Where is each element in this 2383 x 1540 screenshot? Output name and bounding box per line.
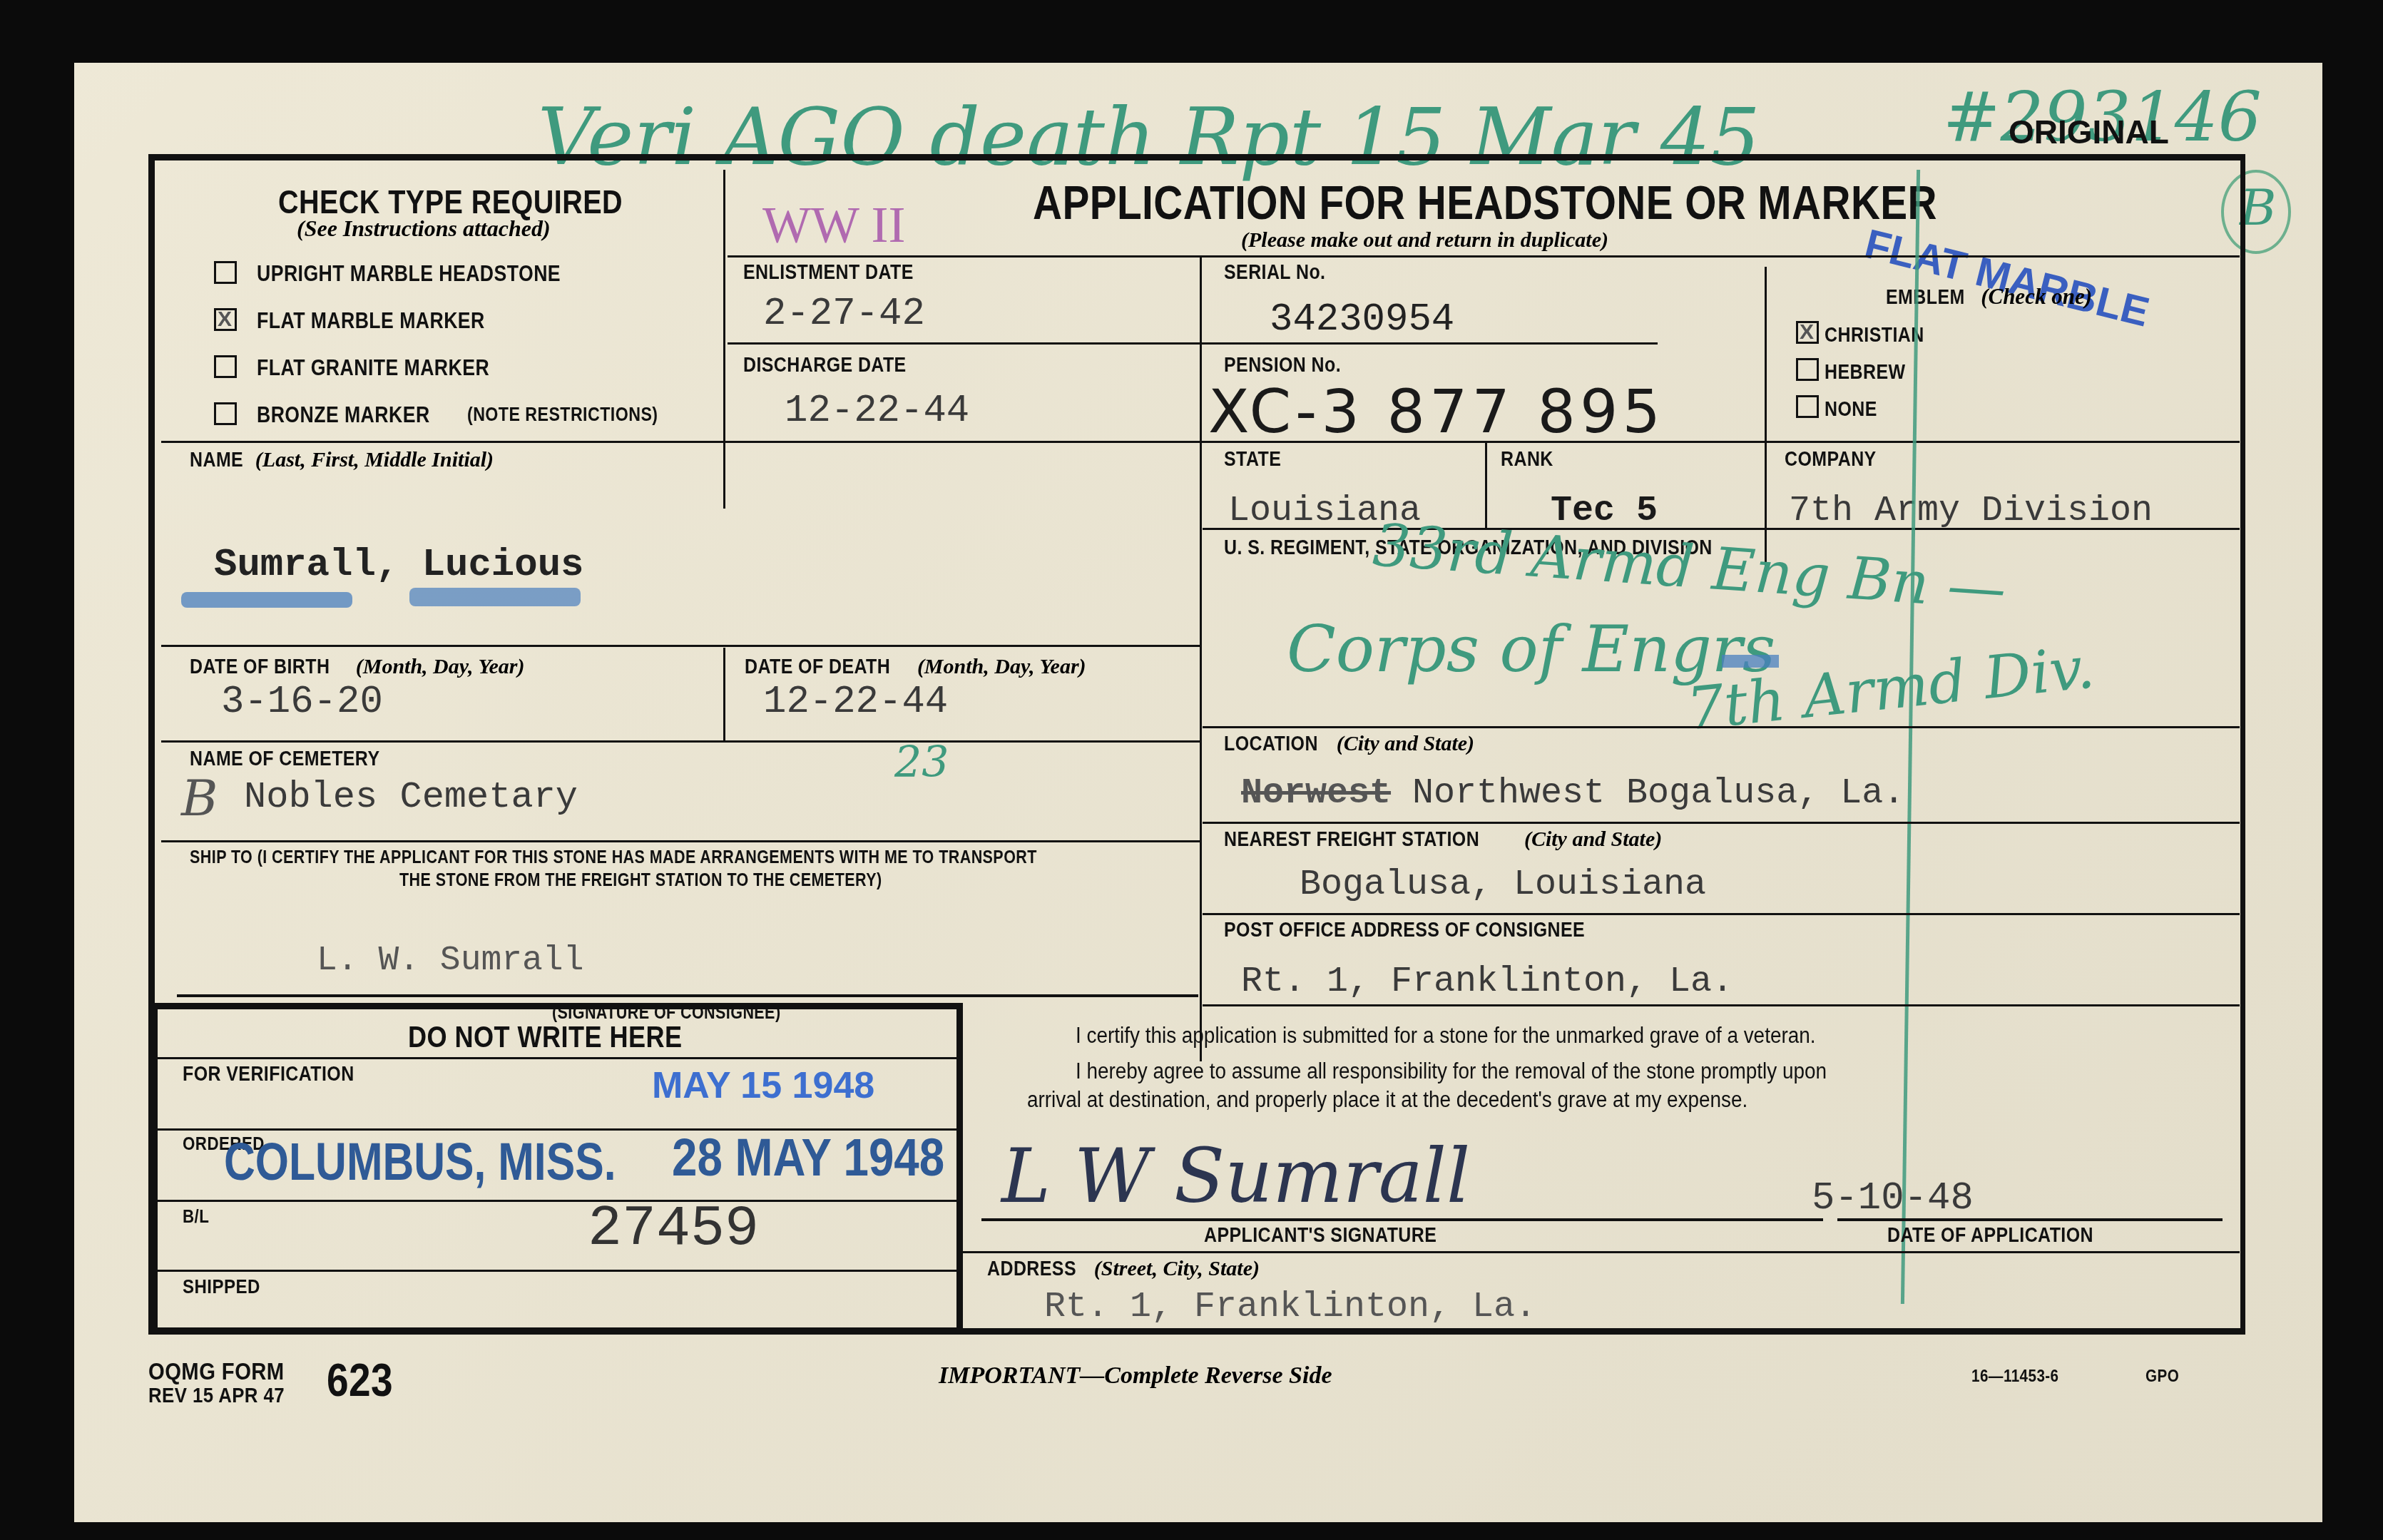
address-value[interactable]: Rt. 1, Franklinton, La. <box>1044 1287 1536 1327</box>
gpo-mark: GPO <box>2145 1367 2179 1387</box>
post-office-label: POST OFFICE ADDRESS OF CONSIGNEE <box>1224 919 1585 942</box>
cemetery-prefix-mark: B <box>181 769 218 827</box>
serial-no-value[interactable]: 34230954 <box>1270 298 1454 342</box>
original-label: ORIGINAL <box>2009 113 2169 151</box>
date-line <box>1837 1218 2223 1221</box>
page-subtitle: (Please make out and return in duplicate… <box>1241 228 1608 253</box>
divider <box>161 645 1200 647</box>
blue-underline-mark <box>181 592 352 608</box>
ordered-place-stamp: COLUMBUS, MISS. <box>224 1131 616 1192</box>
office-use-title: DO NOT WRITE HERE <box>408 1020 683 1054</box>
print-code: 16—11453-6 <box>1971 1367 2059 1387</box>
shipped-label: SHIPPED <box>183 1275 260 1298</box>
rank-label: RANK <box>1501 448 1553 471</box>
divider <box>1203 913 2240 915</box>
form-id-line1: OQMG FORM <box>148 1358 285 1386</box>
location-label: LOCATION (City and State) <box>1224 732 1474 756</box>
ordered-date-stamp: 28 MAY 1948 <box>672 1127 944 1188</box>
divider <box>161 840 1200 842</box>
divider <box>728 342 1658 345</box>
divider <box>1203 1004 2240 1006</box>
name-label: NAME (Last, First, Middle Initial) <box>190 448 494 472</box>
form-number: 623 <box>327 1354 393 1407</box>
applicant-signature-label: APPLICANT'S SIGNATURE <box>1204 1224 1437 1248</box>
divider <box>157 1200 959 1202</box>
divider <box>1200 255 1202 1061</box>
date-of-application-label: DATE OF APPLICATION <box>1887 1224 2093 1248</box>
date-of-application-value[interactable]: 5-10-48 <box>1812 1177 1974 1220</box>
pension-no-value[interactable]: XC-3 877 895 <box>1208 377 1665 447</box>
certification-line2: I hereby agree to assume all responsibil… <box>1076 1059 1827 1084</box>
cemetery-handwriting: 23 <box>894 738 949 787</box>
bronze-note: (NOTE RESTRICTIONS) <box>467 404 658 426</box>
name-value[interactable]: Sumrall, Lucious <box>214 544 583 587</box>
divider <box>1203 726 2240 728</box>
discharge-date-value[interactable]: 12-22-44 <box>785 389 969 433</box>
enlistment-date-value[interactable]: 2-27-42 <box>763 292 925 336</box>
company-label: COMPANY <box>1785 448 1877 471</box>
applicant-signature[interactable]: L W Sumrall <box>1001 1133 1470 1220</box>
state-label: STATE <box>1224 448 1281 471</box>
date-of-death-label: DATE OF DEATH (Month, Day, Year) <box>745 655 1086 679</box>
cemetery-label: NAME OF CEMETERY <box>190 748 379 771</box>
checkbox-flat-marble[interactable] <box>214 308 237 331</box>
address-label: ADDRESS (Street, City, State) <box>987 1257 1260 1281</box>
date-of-birth-value[interactable]: 3-16-20 <box>221 680 383 724</box>
certification-line1: I certify this application is submitted … <box>1076 1023 1815 1049</box>
freight-station-value[interactable]: Bogalusa, Louisiana <box>1300 865 1706 905</box>
important-note: IMPORTANT—Complete Reverse Side <box>939 1362 1332 1389</box>
divider <box>1485 442 1487 528</box>
bl-value[interactable]: 27459 <box>588 1197 759 1262</box>
checkbox-none[interactable] <box>1796 395 1819 418</box>
checkbox-bronze[interactable] <box>214 402 237 425</box>
ship-to-value[interactable]: L. W. Sumrall <box>317 942 583 980</box>
checkbox-christian[interactable] <box>1796 321 1819 344</box>
divider <box>728 255 2240 257</box>
ship-to-label: SHIP TO (I CERTIFY THE APPLICANT FOR THI… <box>190 847 1037 868</box>
bronze-label: BRONZE MARKER <box>257 402 430 428</box>
for-verification-label: FOR VERIFICATION <box>183 1063 354 1086</box>
headstone-application-form: Veri AGO death Rpt 15 Mar 45 #293146 ORI… <box>74 63 2322 1522</box>
divider <box>157 1270 959 1272</box>
divider <box>161 441 1200 443</box>
cemetery-value[interactable]: Nobles Cemetary <box>244 776 578 818</box>
divider <box>1203 528 2240 530</box>
ww2-stamp: WW II <box>762 195 906 255</box>
location-value[interactable]: Norwest Northwest Bogalusa, La. <box>1241 773 1904 814</box>
divider <box>157 1057 959 1059</box>
blue-underline-mark <box>409 588 581 606</box>
checkbox-flat-granite[interactable] <box>214 355 237 378</box>
date-of-birth-label: DATE OF BIRTH (Month, Day, Year) <box>190 655 524 679</box>
location-struck-value: Norwest <box>1241 773 1391 814</box>
certification-line3: arrival at destination, and properly pla… <box>1027 1087 1747 1113</box>
pension-no-label: PENSION No. <box>1224 354 1341 377</box>
bl-label: B/L <box>183 1205 209 1228</box>
page-title: APPLICATION FOR HEADSTONE OR MARKER <box>1033 175 1937 230</box>
divider <box>723 170 725 509</box>
company-value[interactable]: 7th Army Division <box>1789 491 2153 531</box>
signature-line <box>981 1218 1823 1221</box>
checkbox-hebrew[interactable] <box>1796 358 1819 381</box>
divider <box>161 740 1200 743</box>
verification-date-stamp: MAY 15 1948 <box>652 1064 874 1107</box>
date-of-death-value[interactable]: 12-22-44 <box>763 680 948 724</box>
signature-line <box>177 994 1198 997</box>
check-type-subtitle: (See Instructions attached) <box>297 215 551 242</box>
serial-no-label: SERIAL No. <box>1224 261 1325 285</box>
freight-station-label: NEAREST FREIGHT STATION (City and State) <box>1224 827 1662 852</box>
post-office-value[interactable]: Rt. 1, Franklinton, La. <box>1241 962 1733 1002</box>
divider <box>1200 441 2240 443</box>
checkbox-upright-marble[interactable] <box>214 261 237 284</box>
divider <box>959 1251 2240 1253</box>
discharge-date-label: DISCHARGE DATE <box>743 354 907 377</box>
blue-strike-mark <box>1722 655 1779 668</box>
divider <box>723 648 725 740</box>
divider <box>1203 822 2240 824</box>
form-id-line2: REV 15 APR 47 <box>148 1384 285 1408</box>
enlistment-date-label: ENLISTMENT DATE <box>743 261 914 285</box>
ship-to-label-line2: THE STONE FROM THE FREIGHT STATION TO TH… <box>399 870 882 891</box>
